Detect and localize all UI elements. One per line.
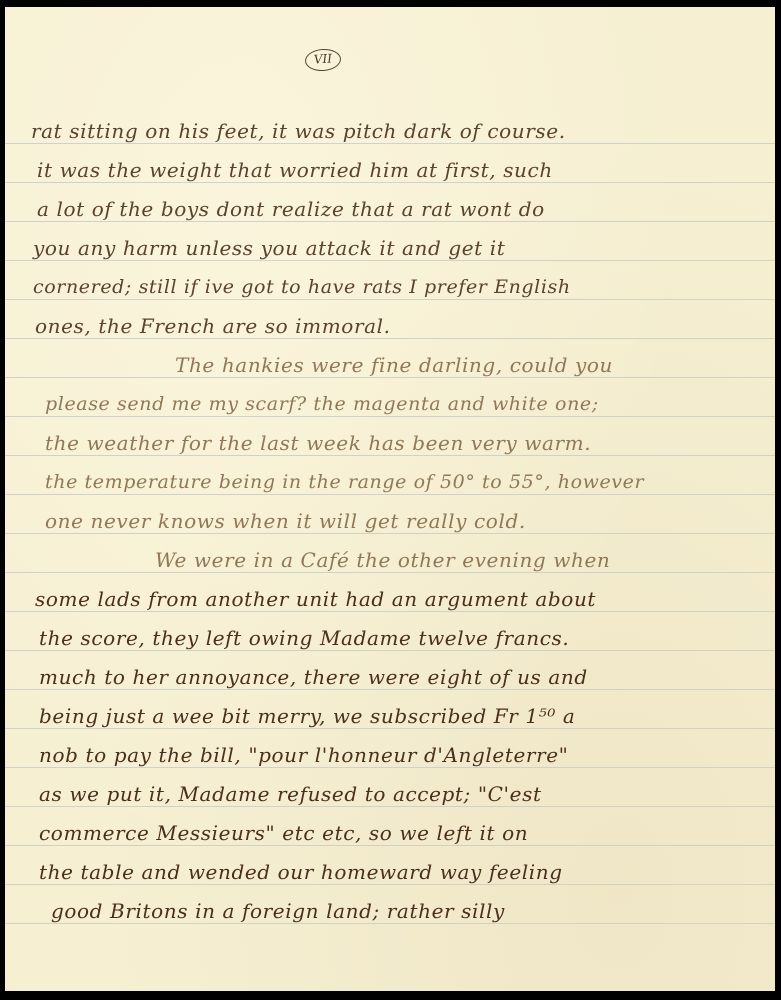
ruled-line [5, 182, 775, 183]
ruled-line [5, 533, 775, 534]
ruled-line [5, 650, 775, 651]
ruled-line [5, 572, 775, 573]
page-number-circled: VII [304, 48, 341, 72]
ruled-line [5, 416, 775, 417]
ruled-line [5, 845, 775, 846]
letter-line: The hankies were fine darling, could you [175, 353, 613, 377]
letter-line: some lads from another unit had an argum… [35, 587, 596, 611]
letter-line: a lot of the boys dont realize that a ra… [37, 197, 545, 221]
ruled-line [5, 767, 775, 768]
letter-line: please send me my scarf? the magenta and… [45, 392, 599, 416]
letter-line: good Britons in a foreign land; rather s… [51, 899, 505, 923]
ruled-line [5, 455, 775, 456]
letter-line: being just a wee bit merry, we subscribe… [39, 704, 575, 728]
letter-line: the weather for the last week has been v… [45, 431, 591, 455]
letter-line: you any harm unless you attack it and ge… [33, 236, 505, 260]
letter-line: much to her annoyance, there were eight … [39, 665, 588, 689]
ruled-line [5, 377, 775, 378]
ruled-line [5, 923, 775, 924]
letter-line: it was the weight that worried him at fi… [37, 158, 553, 182]
ruled-line [5, 728, 775, 729]
ruled-line [5, 494, 775, 495]
letter-line: the temperature being in the range of 50… [45, 470, 644, 494]
ruled-line [5, 884, 775, 885]
letter-line: cornered; still if ive got to have rats … [33, 275, 571, 299]
letter-line: ones, the French are so immoral. [35, 314, 391, 338]
letter-line: nob to pay the bill, "pour l'honneur d'A… [39, 743, 568, 767]
ruled-line [5, 143, 775, 144]
letter-line: rat sitting on his feet, it was pitch da… [31, 119, 566, 143]
ruled-line [5, 611, 775, 612]
letter-line: one never knows when it will get really … [45, 509, 526, 533]
ruled-line [5, 221, 775, 222]
letter-line: the score, they left owing Madame twelve… [39, 626, 569, 650]
ruled-line [5, 338, 775, 339]
ruled-line [5, 260, 775, 261]
ruled-line [5, 806, 775, 807]
letter-line: commerce Messieurs" etc etc, so we left … [39, 821, 528, 845]
ruled-line [5, 299, 775, 300]
letter-page: VII rat sitting on his feet, it was pitc… [5, 7, 775, 991]
letter-line: the table and wended our homeward way fe… [39, 860, 563, 884]
letter-line: We were in a Café the other evening when [155, 548, 610, 572]
letter-line: as we put it, Madame refused to accept; … [39, 782, 542, 806]
ruled-line [5, 689, 775, 690]
